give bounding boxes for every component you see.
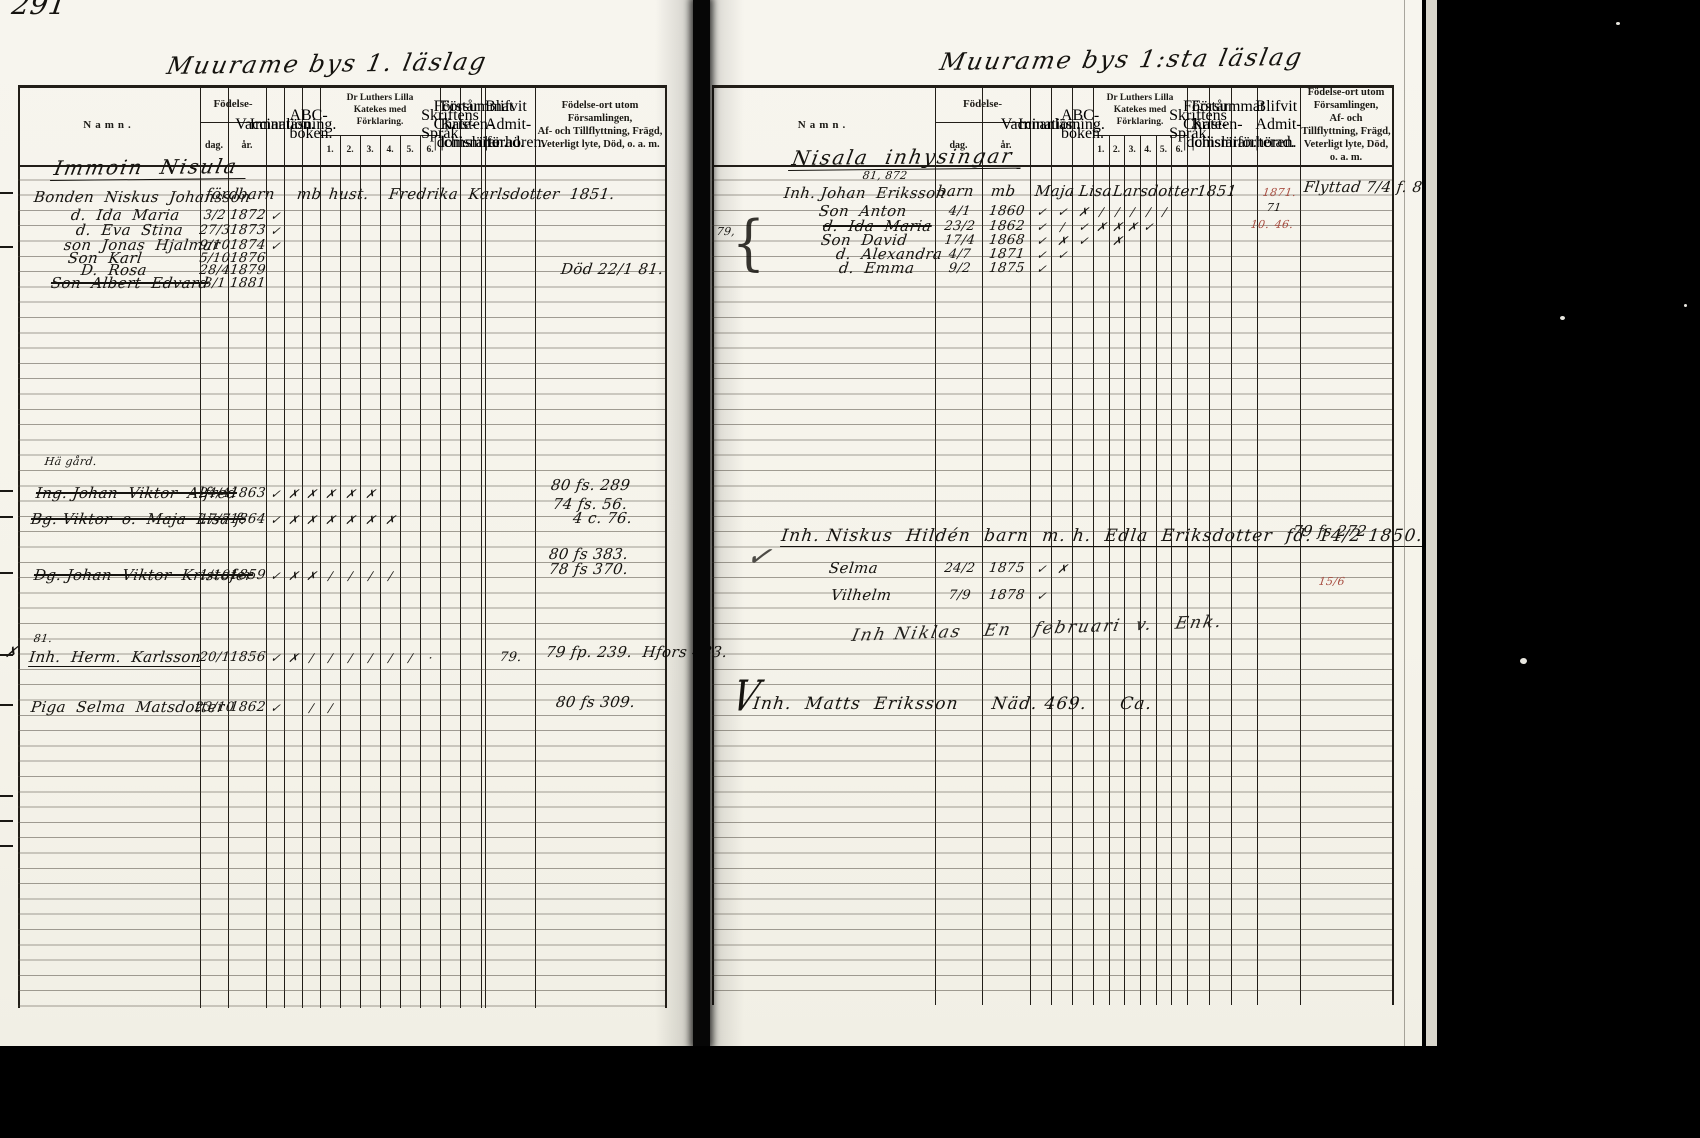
- scanned-church-record: 291 Muurame bys 1. läslag Muurame bys 1:…: [0, 0, 1700, 1138]
- progress-mark: ✓: [1143, 221, 1155, 233]
- scanner-background-bottom: [0, 1046, 1700, 1138]
- handwritten-note: Inh. Matts Eriksson Näd. 469. Ca.: [752, 696, 1153, 713]
- handwritten-note: {: [732, 217, 765, 271]
- birth-day-cell: 24/2: [943, 562, 975, 575]
- birth-day-cell: 4/7: [947, 248, 971, 261]
- dust-speck: [1520, 658, 1527, 664]
- handwritten-note: 81, 872: [862, 170, 908, 181]
- scan-paper: 291 Muurame bys 1. läslag Muurame bys 1:…: [0, 0, 1422, 1046]
- dust-speck: [1684, 304, 1687, 307]
- dust-speck: [1616, 22, 1620, 25]
- person-name: Vilhelm: [830, 588, 892, 603]
- handwritten-note: Maja: [1034, 184, 1075, 199]
- person-name: d. Emma: [838, 261, 915, 276]
- section-heading: Nisala inhysingar: [788, 146, 1025, 171]
- column-header-abc-boken: ABC-boken.: [1072, 85, 1093, 165]
- book-gutter: [693, 0, 710, 1046]
- person-name: Selma: [828, 561, 879, 576]
- progress-mark: ✓: [1035, 206, 1047, 218]
- progress-mark: ✓: [1035, 263, 1047, 275]
- handwritten-note: Lisa: [1078, 184, 1113, 199]
- handwritten-note: 79 fs 272: [1292, 524, 1368, 539]
- birth-day-cell: 4/1: [947, 205, 971, 218]
- handwritten-note: barn: [936, 184, 975, 199]
- progress-mark: ✗: [1077, 206, 1089, 218]
- handwritten-note: 1851: [1196, 184, 1238, 199]
- scanner-background-right: [1422, 0, 1700, 1138]
- ledger-lines: [712, 165, 1392, 1005]
- progress-mark: ✗: [1096, 221, 1108, 233]
- progress-mark: ✓: [1056, 249, 1068, 261]
- column-header-blifvit: Blifvit Admit-|terad.: [1257, 85, 1300, 165]
- progress-mark: ✗: [1056, 563, 1068, 575]
- handwritten-note: Larsdotter: [1112, 184, 1198, 199]
- person-name: Inh. Johan Eriksson: [783, 186, 947, 201]
- progress-mark: ✓: [1035, 590, 1047, 602]
- handwritten-note: mb: [990, 184, 1016, 199]
- progress-mark: /: [1059, 221, 1065, 233]
- handwritten-note: 71: [1266, 202, 1282, 213]
- birth-day-cell: 9/2: [947, 262, 971, 275]
- birth-year-cell: 1860: [988, 205, 1026, 219]
- birth-year-cell: 1878: [988, 589, 1026, 603]
- red-ink-note: 10.: [1250, 219, 1270, 230]
- progress-mark: ✗: [1056, 235, 1068, 247]
- column-header-katekes-num: 2.: [1109, 135, 1125, 165]
- red-ink-note: 1871.: [1262, 187, 1297, 198]
- progress-mark: ✓: [1035, 249, 1047, 261]
- progress-mark: ✗: [1127, 221, 1139, 233]
- progress-mark: ✗: [1111, 235, 1123, 247]
- column-header-fodelseort: Födelse-ort utom Församlingen, Af- och T…: [1300, 85, 1392, 165]
- birth-day-cell: 17/4: [943, 234, 975, 247]
- progress-mark: ✓: [1077, 235, 1089, 247]
- progress-mark: ✓: [1035, 563, 1047, 575]
- right-page-table: Namn.Födelse-dag.år.Dr Luthers Lilla Kat…: [0, 0, 1422, 1046]
- column-header-katekes-num: 3.: [1124, 135, 1140, 165]
- birth-year-cell: 1875: [988, 562, 1026, 576]
- progress-mark: ✓: [1077, 221, 1089, 233]
- progress-mark: ✓: [1056, 206, 1068, 218]
- handwritten-note: ✓: [744, 540, 774, 574]
- dust-speck: [1560, 316, 1565, 320]
- progress-mark: ✓: [1035, 235, 1047, 247]
- column-header-forsummat: Försummat Kate-|chismiförhören.: [1231, 85, 1257, 165]
- column-header-katekes-num: 4.: [1140, 135, 1156, 165]
- birth-year-cell: 1875: [988, 262, 1026, 276]
- page-edge-strip: [1426, 0, 1437, 1046]
- birth-day-cell: 7/9: [947, 589, 971, 602]
- progress-mark: /: [1114, 206, 1120, 218]
- page-edge-crease: [1404, 0, 1405, 1046]
- red-ink-note: 46.: [1274, 219, 1294, 230]
- progress-mark: /: [1161, 206, 1167, 218]
- progress-mark: ✓: [1035, 221, 1047, 233]
- birth-day-cell: 23/2: [943, 220, 975, 233]
- progress-mark: ✗: [1111, 221, 1123, 233]
- red-ink-note: 15/6: [1318, 576, 1346, 587]
